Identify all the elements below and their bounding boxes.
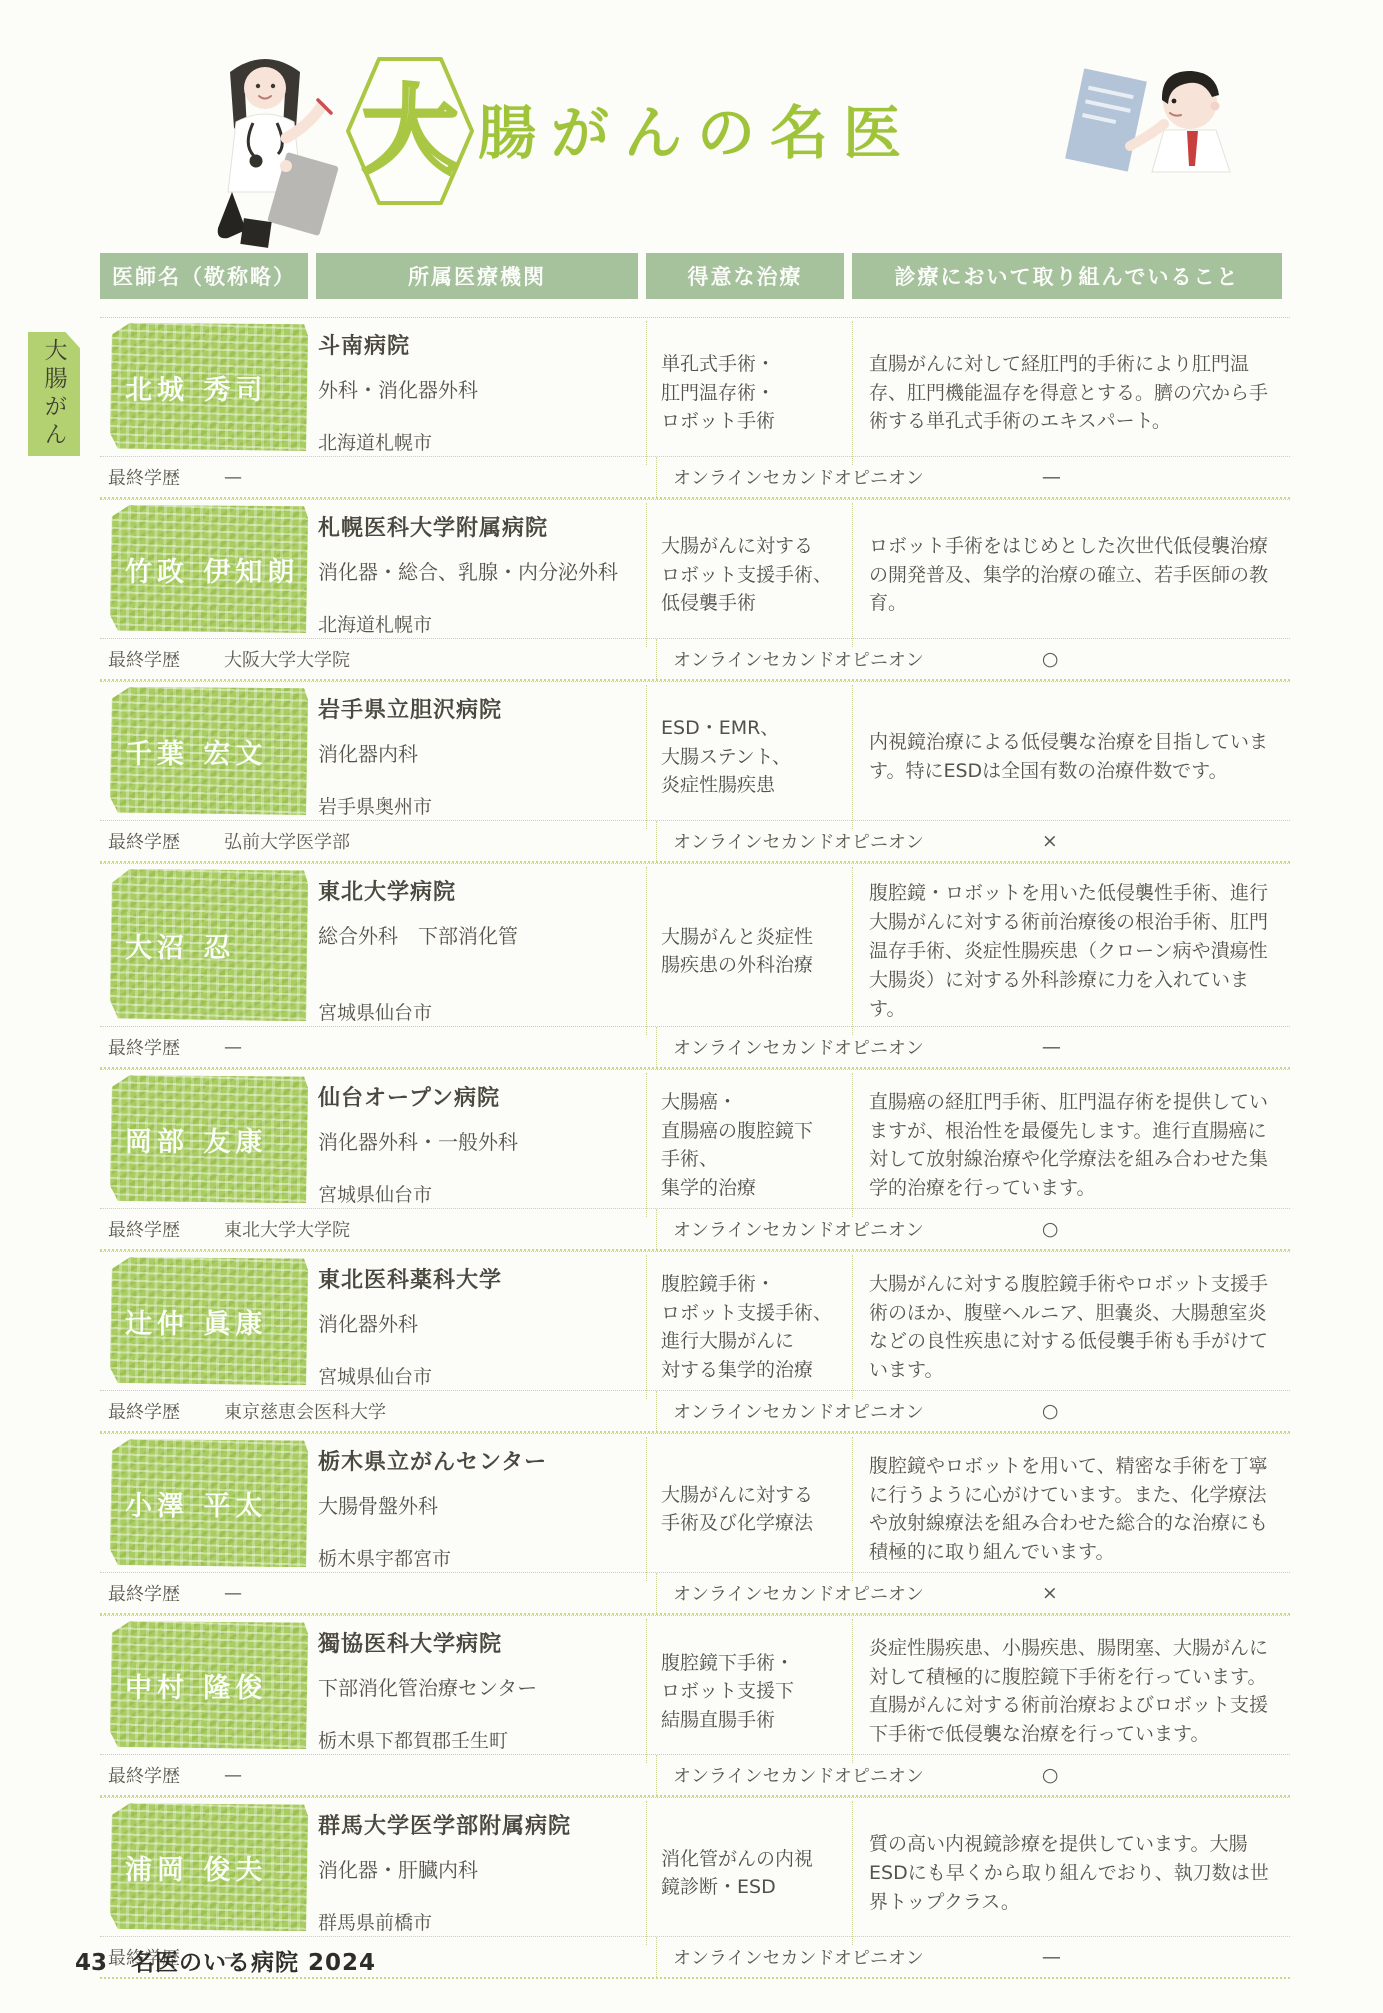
practice-description: 直腸がんに対して経肛門的手術により肛門温存、肛門機能温存を得意とする。臍の穴から… (852, 321, 1282, 465)
practice-description: 腹腔鏡・ロボットを用いた低侵襲性手術、進行大腸がんに対する術前治療後の根治手術、… (852, 867, 1282, 1035)
hospital-name: 東北医科薬科大学 (318, 1263, 634, 1294)
male-doctor-illustration (1060, 50, 1255, 200)
department: 消化器・総合、乳腺・内分泌外科 (318, 556, 634, 585)
second-opinion-section: オンラインセカンドオピニオン ○ (656, 1755, 1290, 1795)
table-row-subline: 最終学歴 — オンラインセカンドオピニオン — (100, 1026, 1290, 1069)
table-row: 浦岡 俊夫 群馬大学医学部附属病院 消化器・肝臓内科 群馬県前橋市 消化管がんの… (100, 1797, 1290, 1936)
table-body: 北城 秀司 斗南病院 外科・消化器外科 北海道札幌市 単孔式手術・ 肛門温存術・… (100, 317, 1290, 1979)
education-label: 最終学歴 (108, 646, 180, 672)
doctor-name-highlight: 中村 隆俊 (110, 1621, 308, 1749)
book-title: 名医のいる病院 2024 (131, 1944, 376, 1977)
table-row-subline: 最終学歴 東京慈恵会医科大学 オンラインセカンドオピニオン ○ (100, 1390, 1290, 1433)
department: 下部消化管治療センター (318, 1672, 634, 1701)
doctors-table: 医師名（敬称略） 所属医療機関 得意な治療 診療において取り組んでいること 北城… (100, 253, 1290, 1979)
specialty-treatments: 大腸がんに対する 手術及び化学療法 (646, 1437, 844, 1581)
practice-description: ロボット手術をはじめとした次世代低侵襲治療の開発普及、集学的治療の確立、若手医師… (852, 503, 1282, 647)
table-row-subline: 最終学歴 弘前大学医学部 オンラインセカンドオピニオン × (100, 820, 1290, 863)
education-value: 大阪大学大学院 (224, 646, 350, 672)
department: 消化器・肝臓内科 (318, 1854, 634, 1883)
education-section: 最終学歴 — (100, 1580, 656, 1606)
department: 消化器外科 (318, 1308, 634, 1337)
specialty-treatments: 大腸がんと炎症性 腸疾患の外科治療 (646, 867, 844, 1035)
doctor-name: 岡部 友康 (125, 1120, 267, 1159)
second-opinion-section: オンラインセカンドオピニオン ○ (656, 1391, 1290, 1431)
education-label: 最終学歴 (108, 828, 180, 854)
column-header-practice: 診療において取り組んでいること (852, 253, 1282, 299)
doctor-name-cell: 北城 秀司 (100, 321, 308, 453)
location: 岩手県奥州市 (318, 792, 634, 825)
second-opinion-label: オンラインセカンドオピニオン (673, 1762, 924, 1788)
table-row: 竹政 伊知朗 札幌医科大学附属病院 消化器・総合、乳腺・内分泌外科 北海道札幌市… (100, 499, 1290, 638)
second-opinion-mark: ○ (1042, 1764, 1059, 1786)
education-value: — (224, 467, 242, 488)
table-row-subline: 最終学歴 — オンラインセカンドオピニオン — (100, 456, 1290, 499)
column-header-institution: 所属医療機関 (316, 253, 638, 299)
second-opinion-mark: × (1042, 830, 1058, 852)
department: 大腸骨盤外科 (318, 1490, 634, 1519)
education-label: 最終学歴 (108, 1216, 180, 1242)
location: 栃木県下都賀郡壬生町 (318, 1726, 634, 1759)
institution-cell: 斗南病院 外科・消化器外科 北海道札幌市 (316, 321, 638, 465)
education-value: 東北大学大学院 (224, 1216, 350, 1242)
doctor-name-cell: 大沼 忍 (100, 867, 308, 1023)
practice-description: 炎症性腸疾患、小腸疾患、腸閉塞、大腸がんに対して積極的に腹腔鏡下手術を行っていま… (852, 1619, 1282, 1763)
doctor-name-highlight: 辻仲 眞康 (110, 1257, 308, 1385)
second-opinion-label: オンラインセカンドオピニオン (673, 1944, 924, 1970)
location: 群馬県前橋市 (318, 1908, 634, 1941)
location: 北海道札幌市 (318, 428, 634, 461)
second-opinion-section: オンラインセカンドオピニオン × (656, 821, 1290, 861)
page-footer: 43 名医のいる病院 2024 (75, 1944, 376, 1977)
specialty-treatments: 腹腔鏡手術・ ロボット支援手術、 進行大腸がんに 対する集学的治療 (646, 1255, 844, 1399)
education-value: — (224, 1037, 242, 1058)
education-value: — (224, 1765, 242, 1786)
institution-cell: 獨協医科大学病院 下部消化管治療センター 栃木県下都賀郡壬生町 (316, 1619, 638, 1763)
second-opinion-label: オンラインセカンドオピニオン (673, 1216, 924, 1242)
institution-cell: 札幌医科大学附属病院 消化器・総合、乳腺・内分泌外科 北海道札幌市 (316, 503, 638, 647)
hospital-name: 獨協医科大学病院 (318, 1627, 634, 1658)
education-section: 最終学歴 — (100, 1762, 656, 1788)
second-opinion-label: オンラインセカンドオピニオン (673, 1034, 924, 1060)
second-opinion-section: オンラインセカンドオピニオン ○ (656, 639, 1290, 679)
table-header-row: 医師名（敬称略） 所属医療機関 得意な治療 診療において取り組んでいること (100, 253, 1290, 299)
institution-cell: 岩手県立胆沢病院 消化器内科 岩手県奥州市 (316, 685, 638, 829)
education-section: 最終学歴 — (100, 1034, 656, 1060)
doctor-name-highlight: 小澤 平太 (110, 1439, 308, 1567)
education-section: 最終学歴 — (100, 464, 656, 490)
second-opinion-mark: — (1042, 1946, 1061, 1968)
doctor-name-highlight: 浦岡 俊夫 (110, 1803, 308, 1931)
hospital-name: 仙台オープン病院 (318, 1081, 634, 1112)
education-value: 東京慈恵会医科大学 (224, 1398, 386, 1424)
practice-description: 腹腔鏡やロボットを用いて、精密な手術を丁寧に行うように心がけています。また、化学… (852, 1437, 1282, 1581)
education-label: 最終学歴 (108, 1398, 180, 1424)
specialty-treatments: 単孔式手術・ 肛門温存術・ ロボット手術 (646, 321, 844, 465)
doctor-name-cell: 中村 隆俊 (100, 1619, 308, 1751)
badge-character: 大 (362, 75, 458, 187)
hospital-name: 栃木県立がんセンター (318, 1445, 634, 1476)
table-row: 岡部 友康 仙台オープン病院 消化器外科・一般外科 宮城県仙台市 大腸癌・ 直腸… (100, 1069, 1290, 1208)
doctor-name: 北城 秀司 (125, 368, 267, 407)
hospital-name: 岩手県立胆沢病院 (318, 693, 634, 724)
doctor-name-highlight: 千葉 宏文 (110, 687, 308, 815)
institution-cell: 東北大学病院 総合外科 下部消化管 宮城県仙台市 (316, 867, 638, 1035)
doctor-name-highlight: 北城 秀司 (110, 323, 308, 451)
table-row: 辻仲 眞康 東北医科薬科大学 消化器外科 宮城県仙台市 腹腔鏡手術・ ロボット支… (100, 1251, 1290, 1390)
education-label: 最終学歴 (108, 1580, 180, 1606)
table-row: 千葉 宏文 岩手県立胆沢病院 消化器内科 岩手県奥州市 ESD・EMR、 大腸ス… (100, 681, 1290, 820)
second-opinion-mark: — (1042, 466, 1061, 488)
section-tab-label: 大腸がん (38, 338, 71, 450)
practice-description: 質の高い内視鏡診療を提供しています。大腸ESDにも早くから取り組んでおり、執刀数… (852, 1801, 1282, 1945)
female-doctor-illustration (190, 40, 340, 250)
location: 北海道札幌市 (318, 610, 634, 643)
education-section: 最終学歴 弘前大学医学部 (100, 828, 656, 854)
second-opinion-section: オンラインセカンドオピニオン — (656, 457, 1290, 497)
hospital-name: 群馬大学医学部附属病院 (318, 1809, 634, 1840)
department: 総合外科 下部消化管 (318, 920, 634, 949)
education-label: 最終学歴 (108, 1034, 180, 1060)
education-section: 最終学歴 東北大学大学院 (100, 1216, 656, 1242)
practice-description: 大腸がんに対する腹腔鏡手術やロボット支援手術のほか、腹壁ヘルニア、胆嚢炎、大腸憩… (852, 1255, 1282, 1399)
department: 外科・消化器外科 (318, 374, 634, 403)
location: 宮城県仙台市 (318, 998, 634, 1031)
education-section: 最終学歴 大阪大学大学院 (100, 646, 656, 672)
institution-cell: 群馬大学医学部附属病院 消化器・肝臓内科 群馬県前橋市 (316, 1801, 638, 1945)
doctor-name-highlight: 大沼 忍 (110, 869, 308, 1021)
second-opinion-mark: ○ (1042, 648, 1059, 670)
institution-cell: 東北医科薬科大学 消化器外科 宮城県仙台市 (316, 1255, 638, 1399)
table-row-subline: 最終学歴 東北大学大学院 オンラインセカンドオピニオン ○ (100, 1208, 1290, 1251)
table-row: 中村 隆俊 獨協医科大学病院 下部消化管治療センター 栃木県下都賀郡壬生町 腹腔… (100, 1615, 1290, 1754)
second-opinion-mark: × (1042, 1582, 1058, 1604)
education-section: 最終学歴 東京慈恵会医科大学 (100, 1398, 656, 1424)
table-row-subline: 最終学歴 大阪大学大学院 オンラインセカンドオピニオン ○ (100, 638, 1290, 681)
department: 消化器内科 (318, 738, 634, 767)
table-row: 北城 秀司 斗南病院 外科・消化器外科 北海道札幌市 単孔式手術・ 肛門温存術・… (100, 317, 1290, 456)
doctor-name: 大沼 忍 (125, 926, 235, 965)
institution-cell: 仙台オープン病院 消化器外科・一般外科 宮城県仙台市 (316, 1073, 638, 1217)
table-row-subline: 最終学歴 — オンラインセカンドオピニオン ○ (100, 1754, 1290, 1797)
doctor-name-cell: 辻仲 眞康 (100, 1255, 308, 1387)
second-opinion-label: オンラインセカンドオピニオン (673, 646, 924, 672)
department: 消化器外科・一般外科 (318, 1126, 634, 1155)
second-opinion-mark: ○ (1042, 1218, 1059, 1240)
doctor-name: 辻仲 眞康 (125, 1302, 267, 1341)
doctor-name: 千葉 宏文 (125, 732, 267, 771)
doctor-name: 浦岡 俊夫 (125, 1848, 267, 1887)
doctor-name-highlight: 岡部 友康 (110, 1075, 308, 1203)
second-opinion-section: オンラインセカンドオピニオン — (656, 1027, 1290, 1067)
doctor-name-cell: 岡部 友康 (100, 1073, 308, 1205)
doctor-name: 竹政 伊知朗 (125, 550, 299, 589)
section-tab-colorectal-cancer: 大腸がん (28, 332, 80, 456)
second-opinion-section: オンラインセカンドオピニオン × (656, 1573, 1290, 1613)
doctor-name: 小澤 平太 (125, 1484, 267, 1523)
location: 宮城県仙台市 (318, 1180, 634, 1213)
hospital-name: 東北大学病院 (318, 875, 634, 906)
location: 栃木県宇都宮市 (318, 1544, 634, 1577)
second-opinion-label: オンラインセカンドオピニオン (673, 1398, 924, 1424)
institution-cell: 栃木県立がんセンター 大腸骨盤外科 栃木県宇都宮市 (316, 1437, 638, 1581)
education-label: 最終学歴 (108, 1762, 180, 1788)
doctor-name-cell: 千葉 宏文 (100, 685, 308, 817)
column-header-doctor-name: 医師名（敬称略） (100, 253, 308, 299)
education-label: 最終学歴 (108, 464, 180, 490)
specialty-treatments: 大腸癌・ 直腸癌の腹腔鏡下 手術、 集学的治療 (646, 1073, 844, 1217)
second-opinion-mark: — (1042, 1036, 1061, 1058)
table-row: 小澤 平太 栃木県立がんセンター 大腸骨盤外科 栃木県宇都宮市 大腸がんに対する… (100, 1433, 1290, 1572)
education-value: 弘前大学医学部 (224, 828, 350, 854)
second-opinion-label: オンラインセカンドオピニオン (673, 1580, 924, 1606)
doctor-name-cell: 竹政 伊知朗 (100, 503, 308, 635)
education-value: — (224, 1583, 242, 1604)
second-opinion-mark: ○ (1042, 1400, 1059, 1422)
second-opinion-section: オンラインセカンドオピニオン ○ (656, 1209, 1290, 1249)
table-row-subline: 最終学歴 — オンラインセカンドオピニオン × (100, 1572, 1290, 1615)
practice-description: 直腸癌の経肛門手術、肛門温存術を提供していますが、根治性を最優先します。進行直腸… (852, 1073, 1282, 1217)
doctor-name-cell: 小澤 平太 (100, 1437, 308, 1569)
location: 宮城県仙台市 (318, 1362, 634, 1395)
hospital-name: 斗南病院 (318, 329, 634, 360)
doctor-name-highlight: 竹政 伊知朗 (110, 505, 308, 633)
second-opinion-section: オンラインセカンドオピニオン — (656, 1937, 1290, 1977)
second-opinion-label: オンラインセカンドオピニオン (673, 828, 924, 854)
second-opinion-label: オンラインセカンドオピニオン (673, 464, 924, 490)
title-hexagon-badge: 大 (344, 54, 476, 208)
practice-description: 内視鏡治療による低侵襲な治療を目指しています。特にESDは全国有数の治療件数です… (852, 685, 1282, 829)
page-number: 43 (75, 1950, 107, 1976)
specialty-treatments: 大腸がんに対する ロボット支援手術、 低侵襲手術 (646, 503, 844, 647)
specialty-treatments: ESD・EMR、 大腸ステント、 炎症性腸疾患 (646, 685, 844, 829)
specialty-treatments: 腹腔鏡下手術・ ロボット支援下 結腸直腸手術 (646, 1619, 844, 1763)
column-header-specialty: 得意な治療 (646, 253, 844, 299)
doctor-name-cell: 浦岡 俊夫 (100, 1801, 308, 1933)
hospital-name: 札幌医科大学附属病院 (318, 511, 634, 542)
magazine-page-scan: 大腸がん 大 腸がんの名医 (0, 0, 1383, 2013)
table-row: 大沼 忍 東北大学病院 総合外科 下部消化管 宮城県仙台市 大腸がんと炎症性 腸… (100, 863, 1290, 1026)
page-title: 腸がんの名医 (478, 86, 916, 170)
specialty-treatments: 消化管がんの内視 鏡診断・ESD (646, 1801, 844, 1945)
doctor-name: 中村 隆俊 (125, 1666, 267, 1705)
